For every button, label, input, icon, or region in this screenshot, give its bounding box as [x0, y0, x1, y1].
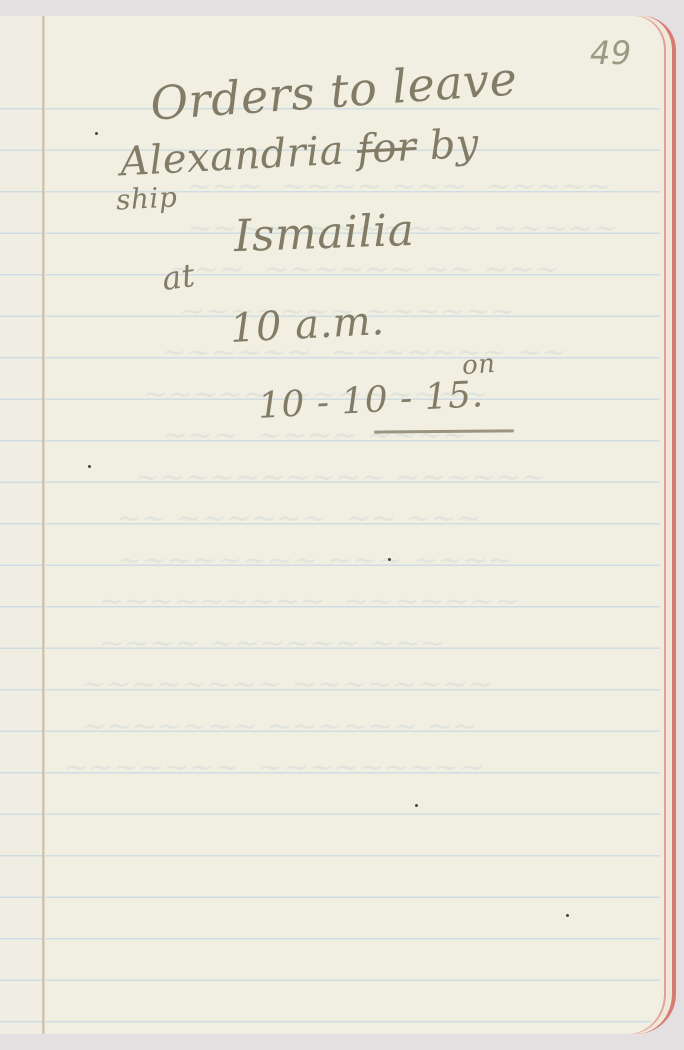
- date-underline: [374, 429, 514, 433]
- notebook-spread: ~~~ ~~~~ ~~~ ~~~~~ ~~~~ ~~~~~~~ ~~~~~ ~~…: [0, 16, 672, 1034]
- right-page: ~~~ ~~~~ ~~~ ~~~~~ ~~~~ ~~~~~~~ ~~~~~ ~~…: [44, 16, 660, 1034]
- handwritten-line-3: ship: [115, 180, 178, 216]
- gutter-fold: [42, 16, 45, 1034]
- ink-speck: [388, 558, 391, 561]
- page-number: 49: [590, 34, 632, 72]
- line-2-text-after: by: [415, 121, 480, 170]
- left-page-header-margin: [0, 16, 44, 108]
- handwritten-date: 10 - 10 - 15.: [257, 374, 484, 427]
- ink-speck: [415, 804, 418, 807]
- line-2-text-before: Alexandria: [119, 127, 358, 185]
- struck-through-word: for: [356, 124, 418, 173]
- ink-speck: [88, 465, 91, 468]
- handwritten-line-2: Alexandria for by: [119, 121, 480, 186]
- handwritten-line-5: at: [160, 256, 198, 298]
- bleed-through-writing: ~~~ ~~~~ ~~~ ~~~~~ ~~~~ ~~~~~~~ ~~~~~ ~~…: [44, 166, 660, 986]
- ink-speck: [566, 914, 569, 917]
- handwritten-line-6: 10 a.m.: [229, 298, 386, 352]
- ink-speck: [95, 132, 98, 135]
- handwritten-line-4: Ismailia: [233, 205, 415, 262]
- left-page: [0, 16, 44, 1034]
